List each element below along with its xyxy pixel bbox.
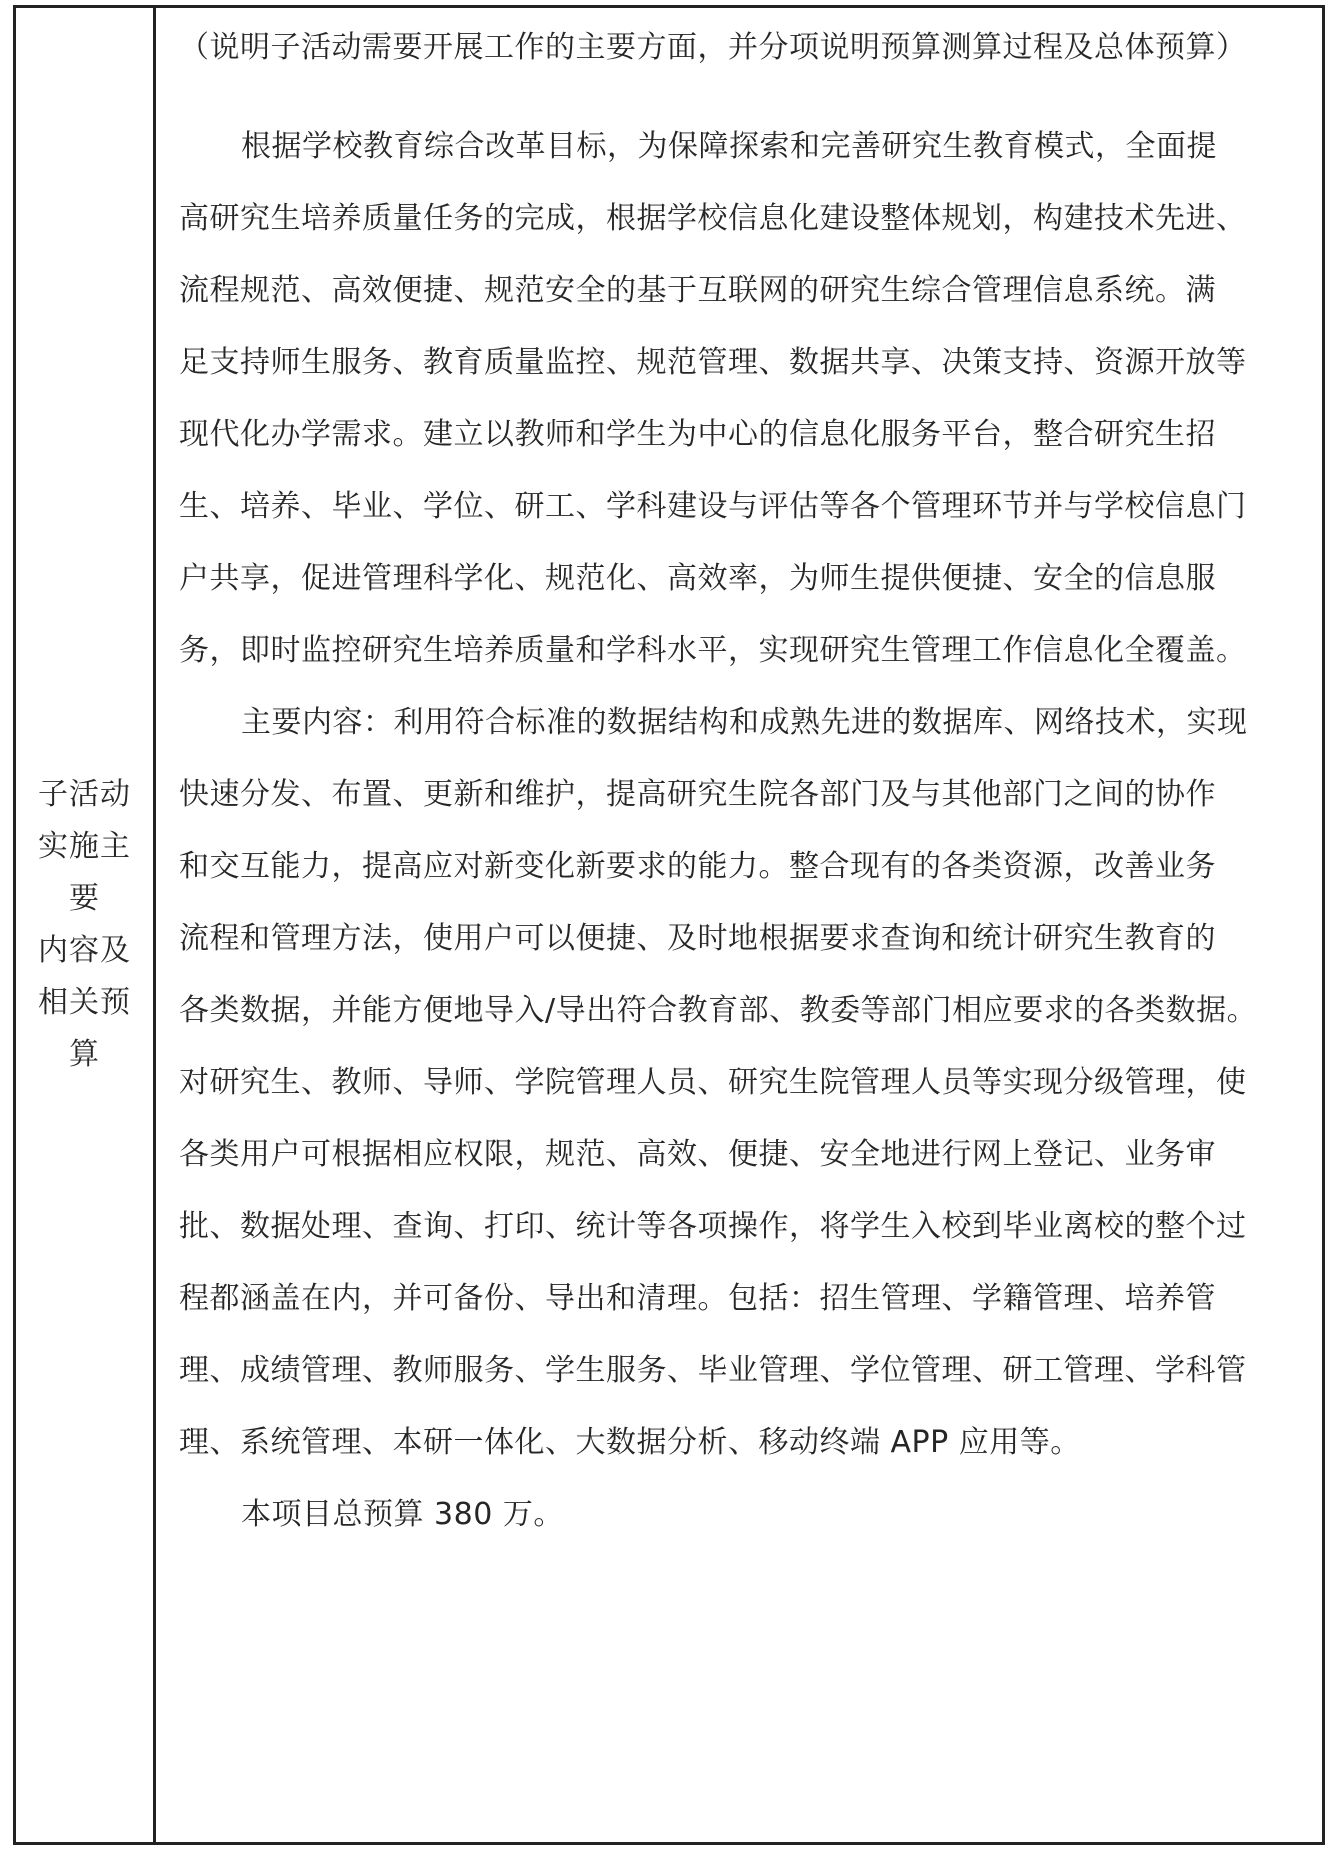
row-header-label: 子活动 实施主 要 内容及 相关预 算 (38, 769, 131, 1081)
paragraph: 根据学校教育综合改革目标，为保障探索和完善研究生教育模式，全面提 高研究生培养质… (179, 111, 1300, 687)
paragraph-container: 根据学校教育综合改革目标，为保障探索和完善研究生教育模式，全面提 高研究生培养质… (179, 111, 1300, 1551)
paragraph: 主要内容：利用符合标准的数据结构和成熟先进的数据库、网络技术，实现 快速分发、布… (179, 687, 1300, 1479)
budget-form-table: 子活动 实施主 要 内容及 相关预 算 （说明子活动需要开展工作的主要方面，并分… (13, 5, 1325, 1845)
paragraph: 本项目总预算 380 万。 (179, 1479, 1300, 1551)
instruction-note: （说明子活动需要开展工作的主要方面，并分项说明预算测算过程及总体预算） (179, 12, 1300, 84)
row-header-cell: 子活动 实施主 要 内容及 相关预 算 (16, 8, 156, 1842)
content-cell: （说明子活动需要开展工作的主要方面，并分项说明预算测算过程及总体预算） 根据学校… (156, 8, 1322, 1842)
